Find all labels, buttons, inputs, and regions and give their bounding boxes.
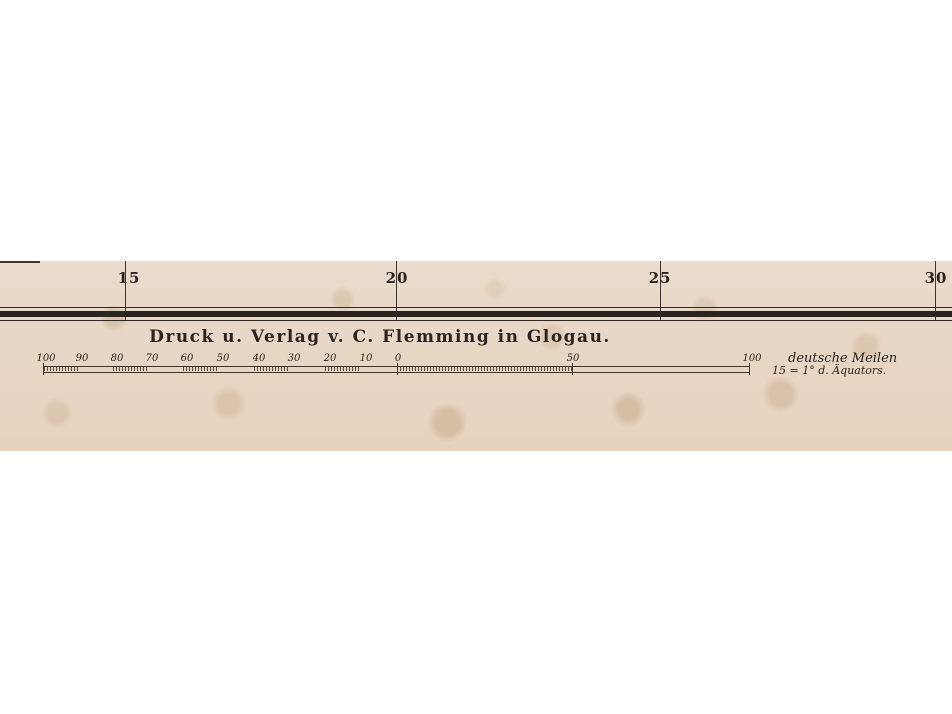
scale-label: 40: [253, 353, 266, 364]
meridian-label: 15: [118, 269, 141, 287]
frame-border-thin: [0, 320, 952, 321]
publisher-imprint: Druck u. Verlag v. C. Flemming in Glogau…: [0, 327, 952, 347]
scale-label: 60: [181, 353, 194, 364]
meridian-label: 25: [649, 269, 672, 287]
scale-segment: [183, 367, 219, 371]
scale-label: 50: [567, 353, 580, 364]
frame-border-thin: [0, 307, 952, 308]
scale-label: 80: [111, 353, 124, 364]
scale-segment: [254, 367, 290, 371]
scale-tick: [397, 363, 398, 375]
map-strip: 15 20 25 30 Druck u. Verlag v. C. Flemmi…: [0, 261, 952, 451]
scale-label: 30: [288, 353, 301, 364]
scale-label: 0: [395, 353, 401, 364]
scale-bar: 100 90 80 70 60 50 40 30 20 10 0 50 100 …: [0, 353, 952, 383]
frame-border-thick: [0, 311, 952, 317]
scale-tick: [749, 363, 750, 375]
scale-segment: [44, 367, 80, 371]
meridian-label: 20: [386, 269, 409, 287]
scale-label: 70: [146, 353, 159, 364]
publisher-text: Druck u. Verlag v. C. Flemming in Glogau…: [149, 327, 611, 347]
meridian-label: 30: [925, 269, 948, 287]
scale-label: 20: [324, 353, 337, 364]
scale-label: 10: [360, 353, 373, 364]
scale-segment: [113, 367, 149, 371]
scale-segment: [397, 367, 572, 371]
scale-label: 90: [76, 353, 89, 364]
scale-label: 50: [217, 353, 230, 364]
scale-label: 100: [742, 353, 761, 364]
scale-note: 15 = 1° d. Äquators.: [772, 364, 886, 377]
scale-label: 100: [36, 353, 55, 364]
scale-tick: [572, 363, 573, 375]
scale-segment: [325, 367, 361, 371]
scale-tick: [43, 363, 44, 375]
map-top-border: [0, 261, 40, 263]
